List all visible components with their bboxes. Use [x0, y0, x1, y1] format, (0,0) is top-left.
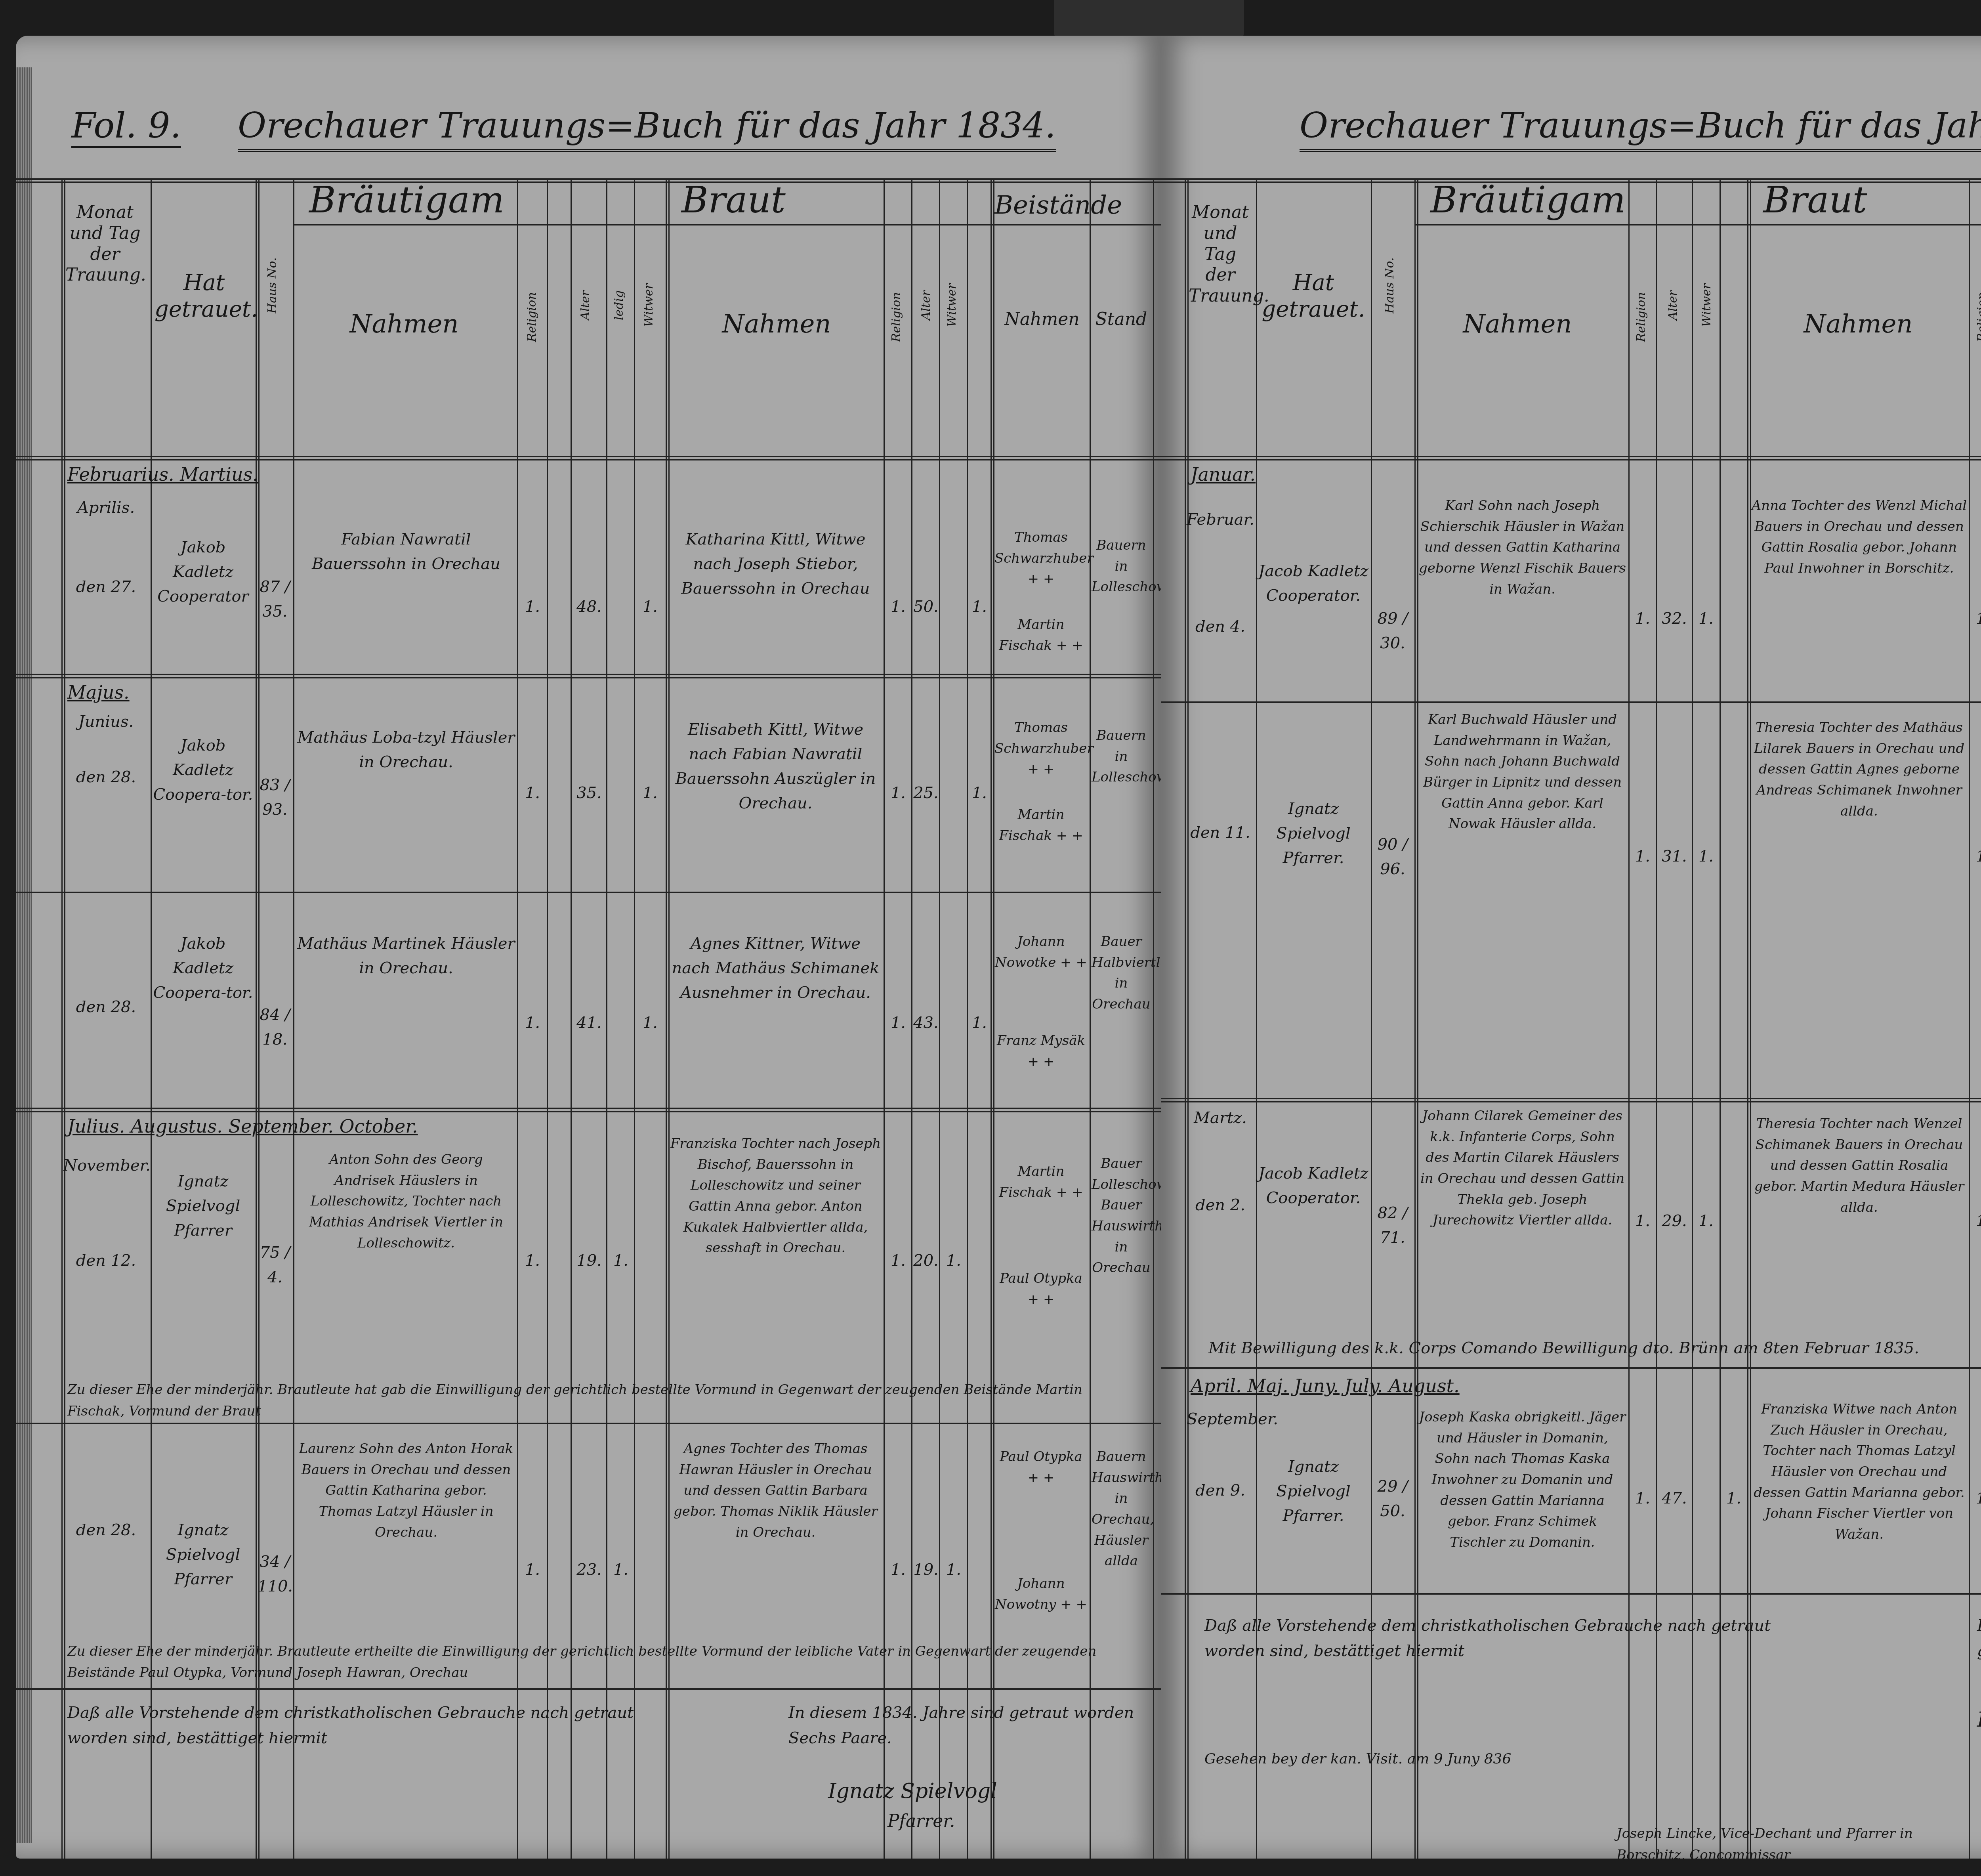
entry-witness-status: Bauern Hauswirth in Orechau, Häusler all… — [1092, 1446, 1151, 1572]
entry-priest: Ignatz Spielvogl Pfarrer — [153, 1169, 254, 1243]
section-months: Majus. — [67, 682, 130, 703]
header-bride-religion: Religion — [889, 238, 904, 396]
visitation-signature: Joseph Lincke, Vice-Dechant und Pfarrer … — [1616, 1823, 1933, 1859]
entry-priest: Jakob Kadletz Cooperator — [153, 535, 254, 609]
entry-groom-single: 1. — [608, 1248, 634, 1273]
entry-groom-single: 1. — [1694, 606, 1718, 631]
section-months: Februarius. Martius. — [67, 464, 258, 485]
header-house-no: Haus No. — [265, 226, 280, 345]
entry-priest: Ignatz Spielvogl Pfarrer — [153, 1518, 254, 1591]
entry-witness-1: Thomas Schwarzhuber + + — [994, 527, 1088, 590]
entry-groom-age: 23. — [573, 1557, 606, 1582]
entry-groom-religion: 1. — [519, 1011, 546, 1035]
entry-groom-age: 48. — [573, 594, 606, 619]
entry-month: November. — [63, 1153, 149, 1178]
entry-bride-single: 1. — [941, 1557, 966, 1582]
entry-witness-status: Bauer Lolleschowitz, Bauer Hauswirth in … — [1092, 1153, 1151, 1278]
entry-groom-single: 1. — [1694, 844, 1718, 869]
entry-month: Junius. — [63, 709, 149, 734]
folio-number: Fol. 9. — [71, 105, 181, 148]
entry-witness-status: Bauer Halbviertler in Orechau — [1092, 931, 1151, 1015]
entry-bride: Franziska Witwe nach Anton Zuch Häusler … — [1751, 1399, 1967, 1545]
entry-bride-religion: 1. — [1971, 606, 1981, 631]
signature: Ignatz Spielvogl — [828, 1779, 997, 1803]
entry-groom: Laurenz Sohn des Anton Horak Bauers in O… — [297, 1439, 515, 1543]
entry-groom: Anton Sohn des Georg Andrisek Häuslers i… — [297, 1149, 515, 1253]
entry-witness-status: Bauern in Lolleschowitz — [1092, 535, 1151, 598]
entry-priest: Ignatz Spielvogl Pfarrer. — [1258, 1454, 1369, 1528]
entry-bride: Katharina Kittl, Witwe nach Joseph Stieb… — [670, 527, 882, 601]
entry-bride: Theresia Tochter des Mathäus Lilarek Bau… — [1751, 717, 1967, 821]
page-title: Orechauer Trauungs=Buch für das Jahr 183… — [238, 105, 1056, 152]
entry-groom-age: 31. — [1658, 844, 1691, 869]
header-married-by: Hat getrauet. — [155, 269, 254, 323]
left-page: Fol. 9. Orechauer Trauungs=Buch für das … — [16, 36, 1161, 1859]
register-table: Monat und Tag der Trauung. Hat getrauet.… — [16, 178, 1161, 1859]
year-summary: In diesem 1835. Jahre sind getraut worde… — [1977, 1613, 1981, 1664]
entry-priest: Jacob Kadletz Cooperator. — [1258, 559, 1369, 608]
entry-groom-religion: 1. — [1630, 1209, 1655, 1233]
entry-witness-2: Johann Nowotny + + — [994, 1573, 1088, 1615]
visitation-note: Gesehen bey der kan. Visit. am 9 Juny 83… — [1204, 1748, 1511, 1771]
register-table: Monat und Tag der Trauung. Hat getrauet.… — [1161, 178, 1981, 1859]
entry-house: 34 / 110. — [258, 1549, 292, 1599]
entry-witness-2: Paul Otypka + + — [994, 1268, 1088, 1310]
entry-house: 89 / 30. — [1373, 606, 1412, 655]
entry-day: den 28. — [63, 995, 149, 1019]
entry-groom: Karl Sohn nach Joseph Schierschik Häusle… — [1418, 495, 1626, 600]
header-groom-age: Alter — [1666, 246, 1680, 365]
entry-house: 87 / 35. — [258, 575, 292, 624]
header-groom-single: ledig — [612, 246, 626, 365]
entry-bride: Franziska Tochter nach Joseph Bischof, B… — [670, 1133, 882, 1259]
entry-day: den 28. — [63, 1518, 149, 1542]
consent-note: Zu dieser Ehe der minderjähr. Brautleute… — [67, 1379, 1137, 1422]
entry-bride: Anna Tochter des Wenzl Michal Bauers in … — [1751, 495, 1967, 579]
entry-bride: Agnes Kittner, Witwe nach Mathäus Schima… — [670, 931, 882, 1005]
entry-bride-religion: 1. — [1971, 844, 1981, 869]
entry-day: den 9. — [1187, 1478, 1254, 1503]
entry-groom-widowed: 1. — [636, 594, 664, 619]
entry-witness-2: Martin Fischak + + — [994, 804, 1088, 846]
header-groom-religion: Religion — [525, 238, 539, 396]
entry-day: den 27. — [63, 575, 149, 599]
entry-groom: Mathäus Loba-tzyl Häusler in Orechau. — [297, 725, 515, 774]
entry-bride: Theresia Tochter nach Wenzel Schimanek B… — [1751, 1114, 1967, 1218]
header-groom-age: Alter — [578, 246, 593, 365]
entry-day: den 4. — [1187, 614, 1254, 639]
entry-groom-religion: 1. — [519, 594, 546, 619]
entry-house: 82 / 71. — [1373, 1201, 1412, 1250]
entry-bride-religion: 1. — [886, 1011, 911, 1035]
entry-priest: Jakob Kadletz Coopera-tor. — [153, 733, 254, 807]
entry-bride-age: 19. — [913, 1557, 939, 1582]
entry-bride: Elisabeth Kittl, Witwe nach Fabian Nawra… — [670, 717, 882, 816]
entry-groom-single: 1. — [608, 1557, 634, 1582]
entry-groom-religion: 1. — [519, 781, 546, 805]
closing-statement: Daß alle Vorstehende dem christkatholisc… — [67, 1700, 662, 1751]
entry-groom-age: 29. — [1658, 1209, 1691, 1233]
signature: Ignatz Spielvogl — [1977, 1708, 1981, 1732]
entry-groom: Johann Cilarek Gemeiner des k.k. Infante… — [1418, 1106, 1626, 1231]
header-groom: Bräutigam — [1430, 178, 1628, 222]
entry-bride-single: 1. — [941, 1248, 966, 1273]
entry-house: 84 / 18. — [258, 1003, 292, 1052]
entry-bride-widowed: 1. — [969, 1011, 990, 1035]
entry-priest: Jakob Kadletz Coopera-tor. — [153, 931, 254, 1005]
entry-month: Februar. — [1187, 507, 1254, 532]
header-groom-religion: Religion — [1634, 238, 1649, 396]
header-groom-widowed: Witwer — [642, 246, 656, 365]
entry-groom-age: 32. — [1658, 606, 1691, 631]
entry-groom-single: 1. — [1694, 1209, 1718, 1233]
entry-witness-2: Martin Fischak + + — [994, 614, 1088, 656]
entry-groom-religion: 1. — [519, 1248, 546, 1273]
entry-groom: Mathäus Martinek Häusler in Orechau. — [297, 931, 515, 980]
entry-month: Aprilis. — [63, 495, 149, 520]
entry-priest: Ignatz Spielvogl Pfarrer. — [1258, 797, 1369, 870]
entry-bride-widowed: 1. — [969, 781, 990, 805]
header-groom: Bräutigam — [309, 178, 666, 222]
entry-bride-age: 20. — [913, 1248, 939, 1273]
entry-witness-1: Johann Nowotke + + — [994, 931, 1088, 973]
entry-house: 90 / 96. — [1373, 832, 1412, 881]
entry-groom-age: 35. — [573, 781, 606, 805]
section-months: Januar. — [1191, 464, 1256, 485]
header-bride: Braut — [681, 178, 880, 222]
header-bride-widowed: Witwer — [945, 246, 959, 365]
header-bride-names: Nahmen — [1779, 309, 1937, 340]
entry-groom-religion: 1. — [1630, 606, 1655, 631]
header-bride: Braut — [1763, 178, 1961, 222]
entry-groom: Fabian Nawratil Bauerssohn in Orechau — [297, 527, 515, 576]
section-months: Julius. Augustus. September. October. — [67, 1116, 418, 1137]
entry-groom-religion: 1. — [519, 1557, 546, 1582]
entry-bride: Agnes Tochter des Thomas Hawran Häusler … — [670, 1439, 882, 1543]
entry-groom-religion: 1. — [1630, 844, 1655, 869]
header-married-by: Hat getrauet. — [1260, 269, 1367, 323]
header-bride-names: Nahmen — [697, 309, 856, 340]
entry-bride-religion: 1. — [1971, 1209, 1981, 1233]
entry-bride-religion: 1. — [886, 594, 911, 619]
header-bride-religion: Religion — [1975, 238, 1981, 396]
header-groom-names: Nahmen — [325, 309, 483, 340]
section-months: April. Maj. Juny. July. August. — [1191, 1375, 1460, 1396]
entry-bride-religion: 1. — [886, 781, 911, 805]
header-witness-status: Stand — [1092, 309, 1151, 330]
consent-note: Zu dieser Ehe der minderjähr. Brautleute… — [67, 1641, 1137, 1684]
entry-groom-widowed: 1. — [636, 1011, 664, 1035]
approval-note: Mit Bewilligung des k.k. Corps Comando B… — [1208, 1335, 1919, 1361]
header-groom-names: Nahmen — [1438, 309, 1597, 340]
entry-groom: Karl Buchwald Häusler und Landwehrmann i… — [1418, 709, 1626, 835]
entry-witness-status: Bauern in Lolleschowitz — [1092, 725, 1151, 788]
year-summary: In diesem 1834. Jahre sind getraut worde… — [788, 1700, 1145, 1751]
entry-house: 83 / 93. — [258, 773, 292, 822]
header-month-day: Monat und Tag der Trauung. — [1189, 202, 1252, 307]
entry-witness-1: Thomas Schwarzhuber + + — [994, 717, 1088, 780]
header-witness-names: Nahmen — [994, 309, 1090, 330]
entry-groom-widowed: 1. — [636, 781, 664, 805]
entry-month: Martz. — [1187, 1106, 1254, 1130]
header-month-day: Monat und Tag der Trauung. — [65, 202, 145, 286]
entry-day: den 2. — [1187, 1193, 1254, 1217]
entry-day: den 12. — [63, 1248, 149, 1273]
entry-month: September. — [1187, 1407, 1254, 1431]
header-witnesses: Beistände — [994, 190, 1153, 221]
entry-bride-religion: 1. — [886, 1557, 911, 1582]
header-groom-widowed: Witwer — [1700, 246, 1714, 365]
header-house-no: Haus No. — [1383, 226, 1397, 345]
entry-bride-age: 50. — [913, 594, 939, 619]
signature-title: Pfarrer. — [887, 1811, 955, 1831]
entry-groom-age: 47. — [1658, 1486, 1691, 1511]
entry-house: 75 / 4. — [258, 1240, 292, 1290]
entry-witness-2: Franz Mysäk + + — [994, 1030, 1088, 1072]
entry-bride-age: 43. — [913, 1011, 939, 1035]
entry-witness-1: Paul Otypka + + — [994, 1446, 1088, 1488]
entry-day: den 11. — [1187, 820, 1254, 845]
entry-house: 29 / 50. — [1373, 1474, 1412, 1523]
entry-groom-widowed: 1. — [1721, 1486, 1746, 1511]
entry-groom-age: 41. — [573, 1011, 606, 1035]
entry-priest: Jacob Kadletz Cooperator. — [1258, 1161, 1369, 1210]
entry-groom: Joseph Kaska obrigkeitl. Jäger und Häusl… — [1418, 1407, 1626, 1553]
entry-bride-religion: 1. — [886, 1248, 911, 1273]
closing-statement: Daß alle Vorstehende dem christkatholisc… — [1204, 1613, 1799, 1664]
entry-groom-religion: 1. — [1630, 1486, 1655, 1511]
page-title: Orechauer Trauungs=Buch für das Jahr 183… — [1300, 105, 1981, 152]
entry-bride-age: 25. — [913, 781, 939, 805]
entry-day: den 28. — [63, 765, 149, 789]
entry-bride-widowed: 1. — [969, 594, 990, 619]
header-bride-age: Alter — [919, 246, 933, 365]
entry-bride-religion: 1. — [1971, 1486, 1981, 1511]
entry-witness-1: Martin Fischak + + — [994, 1161, 1088, 1203]
right-page: Orechauer Trauungs=Buch für das Jahr 183… — [1161, 36, 1981, 1859]
entry-groom-age: 19. — [573, 1248, 606, 1273]
